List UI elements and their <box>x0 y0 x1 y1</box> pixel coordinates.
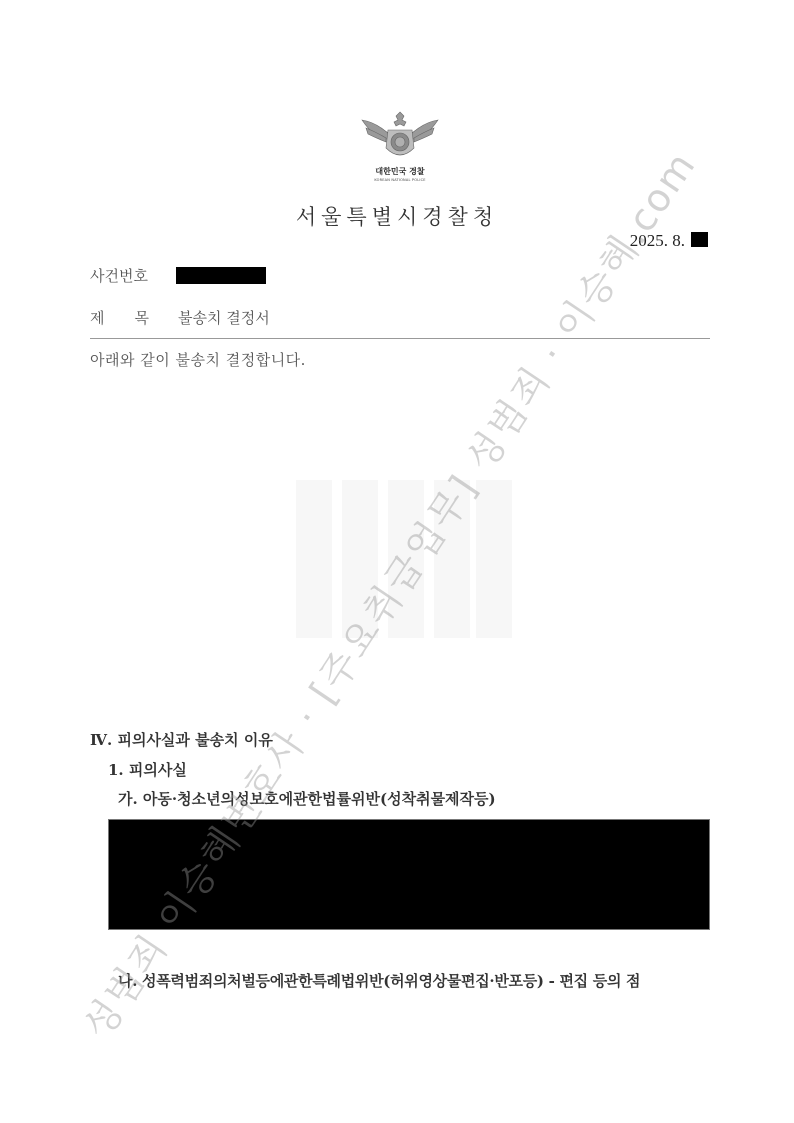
agency-name: 서울특별시경찰청 <box>0 201 794 231</box>
police-emblem: 대한민국 경찰 KOREAN NATIONAL POLICE <box>355 108 445 190</box>
case-number-redaction <box>176 267 266 284</box>
document-page: 대한민국 경찰 KOREAN NATIONAL POLICE 서울특별시경찰청 … <box>0 0 794 1123</box>
case-number-label: 사건번호 <box>90 265 148 286</box>
police-eagle-emblem-icon <box>360 108 440 166</box>
subject-label-char-1: 제 <box>90 309 105 327</box>
emblem-subtitle: KOREAN NATIONAL POLICE <box>355 178 445 182</box>
date-text: 2025. 8. <box>630 231 685 250</box>
subject-label-char-2: 목 <box>135 309 150 327</box>
section-heading: Ⅳ. 피의사실과 불송치 이유 <box>90 729 273 750</box>
item-ga-redaction <box>108 819 710 930</box>
emblem-title: 대한민국 경찰 <box>355 166 445 177</box>
subject-label: 제목 <box>90 307 149 328</box>
header-divider <box>90 338 710 339</box>
item-ga-heading: 가. 아동·청소년의성보호에관한법률위반(성착취물제작등) <box>118 788 496 809</box>
date-redaction <box>691 232 708 247</box>
intro-text: 아래와 같이 불송치 결정합니다. <box>90 349 306 370</box>
document-date: 2025. 8. <box>630 231 708 251</box>
item-na-heading: 나. 성폭력범죄의처벌등에관한특례법위반(허위영상물편집·반포등) - 편집 등… <box>118 970 640 991</box>
faint-redacted-area <box>296 480 512 638</box>
subject-value: 불송치 결정서 <box>178 307 270 328</box>
subsection-heading: 1. 피의사실 <box>108 759 187 780</box>
